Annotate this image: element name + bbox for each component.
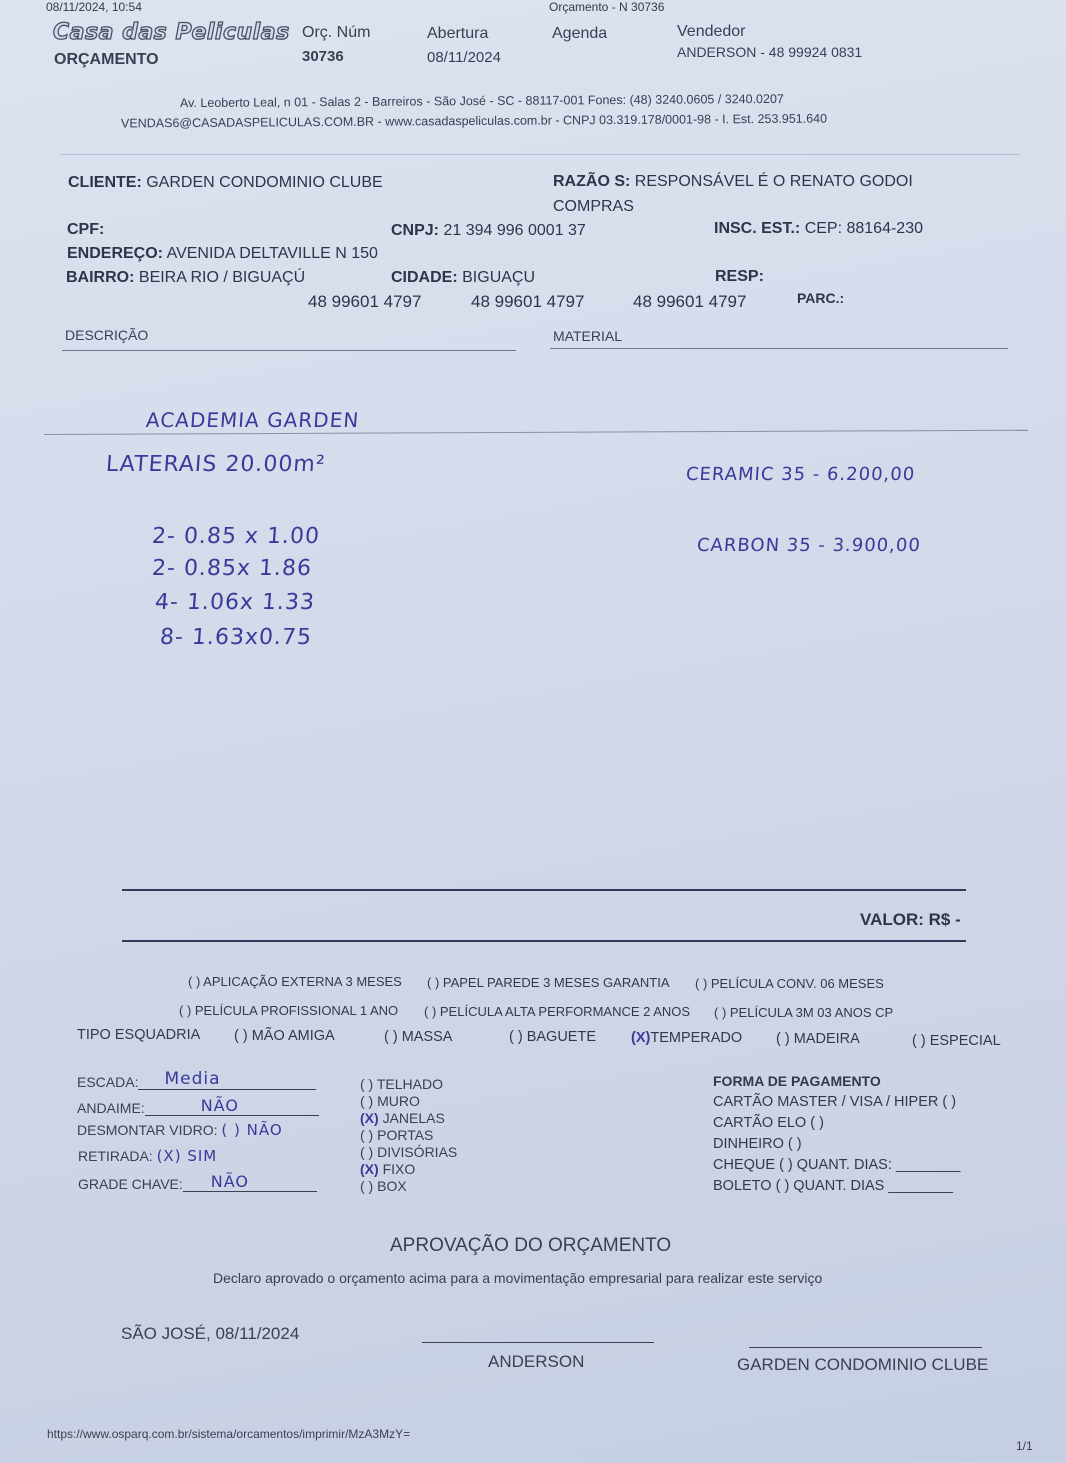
retirada-field: RETIRADA: (X) SIM <box>78 1147 217 1165</box>
measurement-item: 8- 1.63x0.75 <box>159 625 313 650</box>
abertura-label: Abertura <box>427 25 488 43</box>
company-contact: VENDAS6@CASADASPELICULAS.COM.BR - www.ca… <box>121 112 827 131</box>
cpf-field: CPF: <box>67 221 104 239</box>
price-ceramic: CERAMIC 35 - 6.200,00 <box>685 464 916 485</box>
grade-chave-field: GRADE CHAVE:NÃO <box>78 1172 317 1192</box>
warranty-option[interactable]: ( ) PELÍCULA 3M 03 ANOS CP <box>714 1005 893 1020</box>
handwritten-laterais: LATERAIS 20.00m² <box>105 452 326 477</box>
location-option-fixo[interactable]: (X) FIXO <box>360 1161 457 1178</box>
resp-label: RESP: <box>715 268 764 286</box>
payment-option[interactable]: DINHEIRO ( ) <box>713 1134 960 1155</box>
orc-num-label: Orç. Núm <box>302 24 370 42</box>
location-option-janelas[interactable]: (X) JANELAS <box>360 1110 457 1127</box>
payment-option[interactable]: BOLETO ( ) QUANT. DIAS ________ <box>713 1176 960 1197</box>
esquadria-option[interactable]: ( ) MÃO AMIGA <box>234 1028 335 1044</box>
warranty-option[interactable]: ( ) PELÍCULA ALTA PERFORMANCE 2 ANOS <box>424 1004 690 1019</box>
phone-1: 48 99601 4797 <box>308 292 421 312</box>
location-option[interactable]: ( ) BOX <box>360 1178 457 1195</box>
signature-line-1 <box>422 1342 654 1343</box>
desmontar-vidro-field: DESMONTAR VIDRO: ( ) NÃO <box>77 1121 283 1139</box>
cidade-field: CIDADE: BIGUAÇU <box>391 269 535 287</box>
esquadria-option-temperado[interactable]: (X)TEMPERADO <box>631 1030 742 1046</box>
escada-field: ESCADA:Media <box>77 1069 316 1090</box>
approval-declaration: Declaro aprovado o orçamento acima para … <box>213 1270 822 1286</box>
location-option[interactable]: ( ) PORTAS <box>360 1127 457 1144</box>
divider <box>60 154 1020 155</box>
warranty-option[interactable]: ( ) PELÍCULA PROFISSIONAL 1 ANO <box>179 1003 398 1018</box>
razao-field: RAZÃO S: RESPONSÁVEL É O RENATO GODOI <box>553 173 913 191</box>
location-option[interactable]: ( ) MURO <box>360 1093 457 1110</box>
warranty-option[interactable]: ( ) APLICAÇÃO EXTERNA 3 MESES <box>188 974 402 989</box>
price-carbon: CARBON 35 - 3.900,00 <box>696 535 921 556</box>
esquadria-label: TIPO ESQUADRIA <box>77 1027 200 1043</box>
doc-type: ORÇAMENTO <box>54 51 159 69</box>
place-date: SÃO JOSÉ, 08/11/2024 <box>121 1324 299 1344</box>
location-option[interactable]: ( ) DIVISÓRIAS <box>360 1144 457 1161</box>
vendedor-label: Vendedor <box>677 23 746 41</box>
razao-field-line2: COMPRAS <box>553 198 634 216</box>
signer-1: ANDERSON <box>488 1352 584 1372</box>
measurement-item: 2- 0.85x 1.86 <box>151 556 313 581</box>
abertura-value: 08/11/2024 <box>427 49 501 66</box>
agenda-label: Agenda <box>552 25 607 43</box>
footer-url: https://www.osparq.com.br/sistema/orcame… <box>47 1427 410 1441</box>
valor-label: VALOR: R$ - <box>860 910 961 930</box>
payment-option[interactable]: CARTÃO ELO ( ) <box>713 1113 960 1134</box>
measurement-item: 2- 0.85 x 1.00 <box>151 524 321 549</box>
andaime-field: ANDAIME:NÃO <box>77 1096 319 1116</box>
esquadria-option[interactable]: ( ) ESPECIAL <box>912 1033 1001 1049</box>
warranty-option[interactable]: ( ) PELÍCULA CONV. 06 MESES <box>695 976 884 991</box>
insc-est-field: INSC. EST.: CEP: 88164-230 <box>714 220 923 238</box>
cliente-field: CLIENTE: GARDEN CONDOMINIO CLUBE <box>68 174 383 192</box>
valor-top-line <box>122 889 966 891</box>
esquadria-option[interactable]: ( ) MADEIRA <box>776 1031 860 1047</box>
descricao-label: DESCRIÇÃO <box>65 327 148 343</box>
signer-2: GARDEN CONDOMINIO CLUBE <box>737 1355 988 1375</box>
esquadria-option[interactable]: ( ) BAGUETE <box>509 1029 596 1045</box>
brand-logo: Casa das Peliculas <box>53 20 290 45</box>
location-checklist: ( ) TELHADO ( ) MURO (X) JANELAS ( ) POR… <box>360 1076 457 1195</box>
cnpj-field: CNPJ: 21 394 996 0001 37 <box>391 222 586 240</box>
phone-2: 48 99601 4797 <box>471 292 584 312</box>
payment-option[interactable]: CARTÃO MASTER / VISA / HIPER ( ) <box>713 1092 960 1113</box>
orc-num-value: 30736 <box>302 48 344 65</box>
company-address: Av. Leoberto Leal, n 01 - Salas 2 - Barr… <box>180 92 784 110</box>
esquadria-option[interactable]: ( ) MASSA <box>384 1029 452 1045</box>
payment-title: FORMA DE PAGAMENTO <box>713 1071 960 1092</box>
handwritten-title: ACADEMIA GARDEN <box>145 408 360 432</box>
warranty-option[interactable]: ( ) PAPEL PAREDE 3 MESES GARANTIA <box>427 975 670 990</box>
measurement-item: 4- 1.06x 1.33 <box>154 590 316 615</box>
endereco-field: ENDEREÇO: AVENIDA DELTAVILLE N 150 <box>67 245 378 263</box>
print-doc-title: Orçamento - N 30736 <box>549 0 664 14</box>
vendedor-value: ANDERSON - 48 99924 0831 <box>677 44 862 60</box>
signature-line-2 <box>749 1347 982 1348</box>
descricao-underline <box>62 350 516 351</box>
valor-bottom-line <box>122 940 966 942</box>
material-underline <box>550 348 1008 349</box>
payment-section: FORMA DE PAGAMENTO CARTÃO MASTER / VISA … <box>713 1071 960 1197</box>
material-label: MATERIAL <box>553 328 622 344</box>
bairro-field: BAIRRO: BEIRA RIO / BIGUAÇÚ <box>66 269 305 287</box>
payment-option[interactable]: CHEQUE ( ) QUANT. DIAS: ________ <box>713 1155 960 1176</box>
approval-title: APROVAÇÃO DO ORÇAMENTO <box>390 1235 671 1257</box>
location-option[interactable]: ( ) TELHADO <box>360 1076 457 1093</box>
phone-3: 48 99601 4797 <box>633 292 746 312</box>
page-number: 1/1 <box>1016 1439 1033 1453</box>
print-timestamp: 08/11/2024, 10:54 <box>46 0 142 14</box>
parc-label: PARC.: <box>797 290 844 306</box>
